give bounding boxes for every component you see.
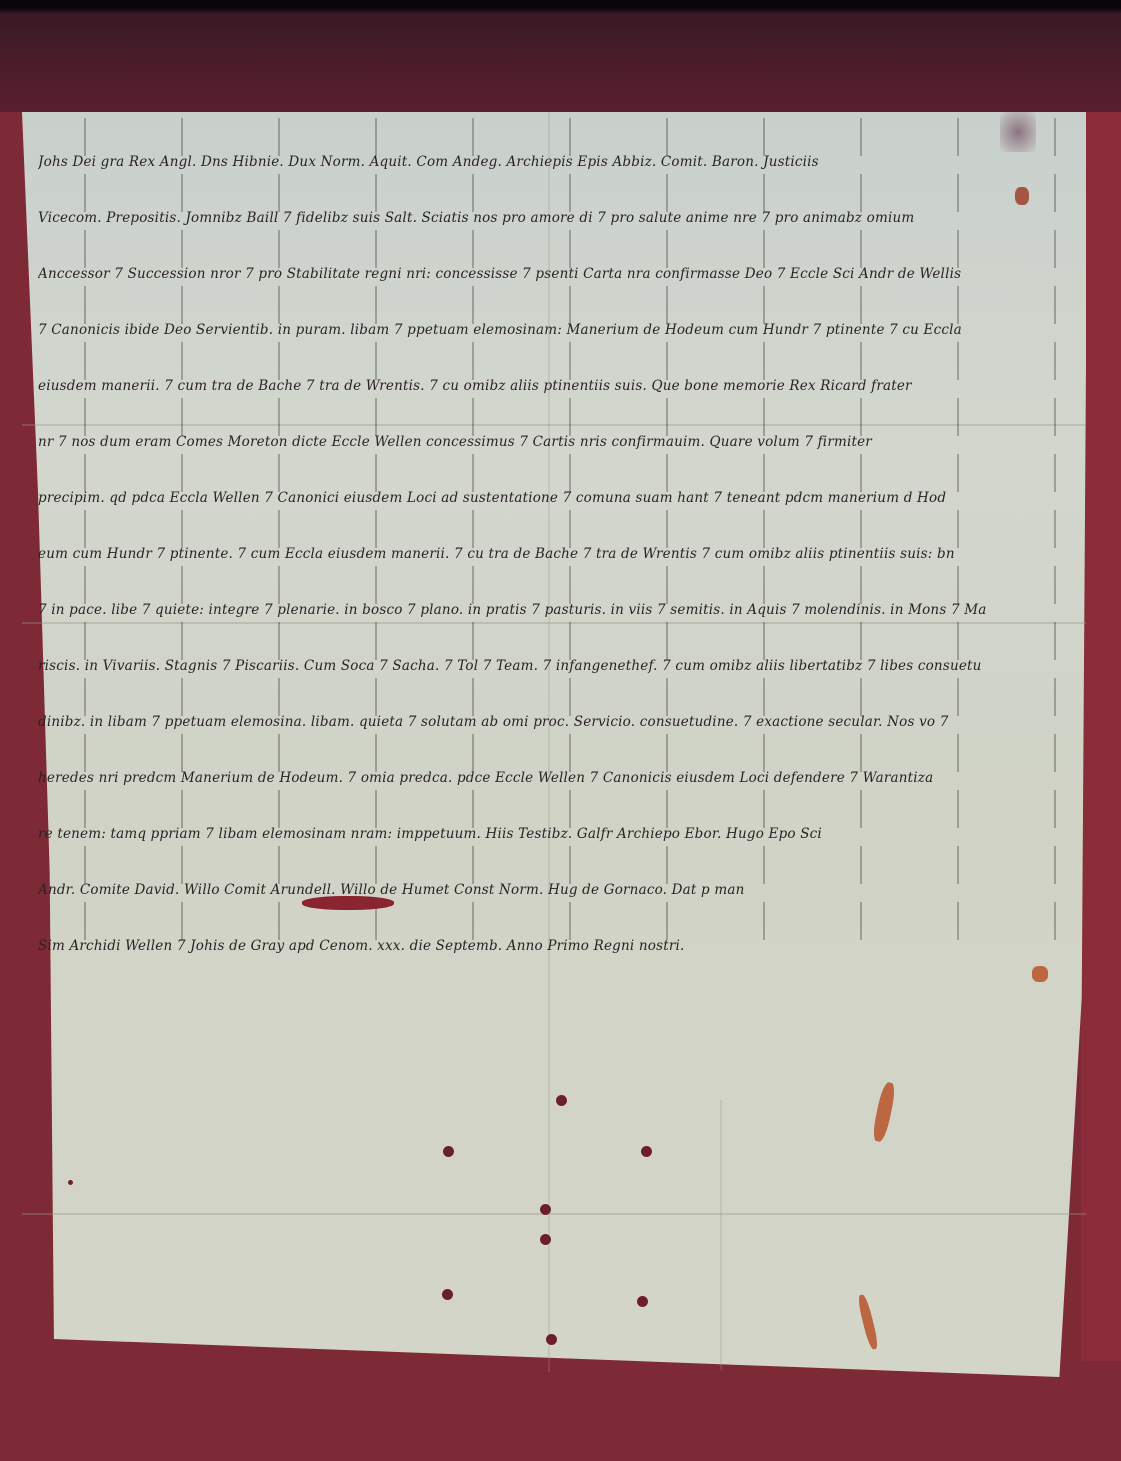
dark-top-border: [0, 0, 1121, 112]
ascender-strokes: [38, 734, 1068, 772]
ascender-strokes: [38, 286, 1068, 324]
red-mount-bottom: [0, 1361, 1121, 1461]
red-wax-fragment: [302, 896, 394, 910]
text-line: 7 Canonicis ibide Deo Servientib. in pur…: [38, 286, 1068, 342]
red-mount-right: [1081, 112, 1121, 1461]
line-text: 7 in pace. libe 7 quiete: integre 7 plen…: [38, 602, 987, 618]
charter-text: Johs Dei gra Rex Angl. Dns Hibnie. Dux N…: [38, 118, 1068, 958]
text-line: heredes nri predcm Manerium de Hodeum. 7…: [38, 734, 1068, 790]
ascender-strokes: [38, 510, 1068, 548]
ascender-strokes: [38, 342, 1068, 380]
line-text: Sim Archidi Wellen 7 Johis de Gray apd C…: [38, 938, 685, 954]
line-text: riscis. in Vivariis. Stagnis 7 Piscariis…: [38, 658, 982, 674]
line-text: re tenem: tamq ppriam 7 libam elemosinam…: [38, 826, 822, 842]
ascender-strokes: [38, 174, 1068, 212]
ascender-strokes: [38, 230, 1068, 268]
line-text: Anccessor 7 Succession nror 7 pro Stabil…: [38, 266, 961, 282]
ascender-strokes: [38, 790, 1068, 828]
text-line: dinibz. in libam 7 ppetuam elemosina. li…: [38, 678, 1068, 734]
ascender-strokes: [38, 398, 1068, 436]
ascender-strokes: [38, 902, 1068, 940]
line-text: 7 Canonicis ibide Deo Servientib. in pur…: [38, 322, 962, 338]
line-text: Andr. Comite David. Willo Comit Arundell…: [38, 882, 745, 898]
fold-crease: [22, 1213, 1086, 1215]
text-line: Andr. Comite David. Willo Comit Arundell…: [38, 846, 1068, 902]
rust-stain: [1032, 966, 1048, 982]
fold-crease-vertical: [720, 1100, 722, 1370]
text-line: Vicecom. Prepositis. Jomnibz Baill 7 fid…: [38, 174, 1068, 230]
line-text: eiusdem manerii. 7 cum tra de Bache 7 tr…: [38, 378, 912, 394]
text-line: precipim. qd pdca Eccla Wellen 7 Canonic…: [38, 454, 1068, 510]
ascender-strokes: [38, 118, 1068, 156]
line-text: nr 7 nos dum eram Comes Moreton dicte Ec…: [38, 434, 872, 450]
line-text: precipim. qd pdca Eccla Wellen 7 Canonic…: [38, 490, 946, 506]
text-line: nr 7 nos dum eram Comes Moreton dicte Ec…: [38, 398, 1068, 454]
ascender-strokes: [38, 454, 1068, 492]
line-text: dinibz. in libam 7 ppetuam elemosina. li…: [38, 714, 949, 730]
text-line: Anccessor 7 Succession nror 7 pro Stabil…: [38, 230, 1068, 286]
text-line: re tenem: tamq ppriam 7 libam elemosinam…: [38, 790, 1068, 846]
text-line: 7 in pace. libe 7 quiete: integre 7 plen…: [38, 566, 1068, 622]
text-line: riscis. in Vivariis. Stagnis 7 Piscariis…: [38, 622, 1068, 678]
ascender-strokes: [38, 622, 1068, 660]
line-text: Vicecom. Prepositis. Jomnibz Baill 7 fid…: [38, 210, 914, 226]
line-text: eum cum Hundr 7 ptinente. 7 cum Eccla ei…: [38, 546, 955, 562]
rust-stain: [1015, 187, 1029, 205]
text-line: Sim Archidi Wellen 7 Johis de Gray apd C…: [38, 902, 1068, 958]
text-line: eiusdem manerii. 7 cum tra de Bache 7 tr…: [38, 342, 1068, 398]
ascender-strokes: [38, 846, 1068, 884]
ascender-strokes: [38, 678, 1068, 716]
text-line: Johs Dei gra Rex Angl. Dns Hibnie. Dux N…: [38, 118, 1068, 174]
text-line: eum cum Hundr 7 ptinente. 7 cum Eccla ei…: [38, 510, 1068, 566]
ascender-strokes: [38, 566, 1068, 604]
line-text: Johs Dei gra Rex Angl. Dns Hibnie. Dux N…: [38, 154, 819, 170]
line-text: heredes nri predcm Manerium de Hodeum. 7…: [38, 770, 933, 786]
